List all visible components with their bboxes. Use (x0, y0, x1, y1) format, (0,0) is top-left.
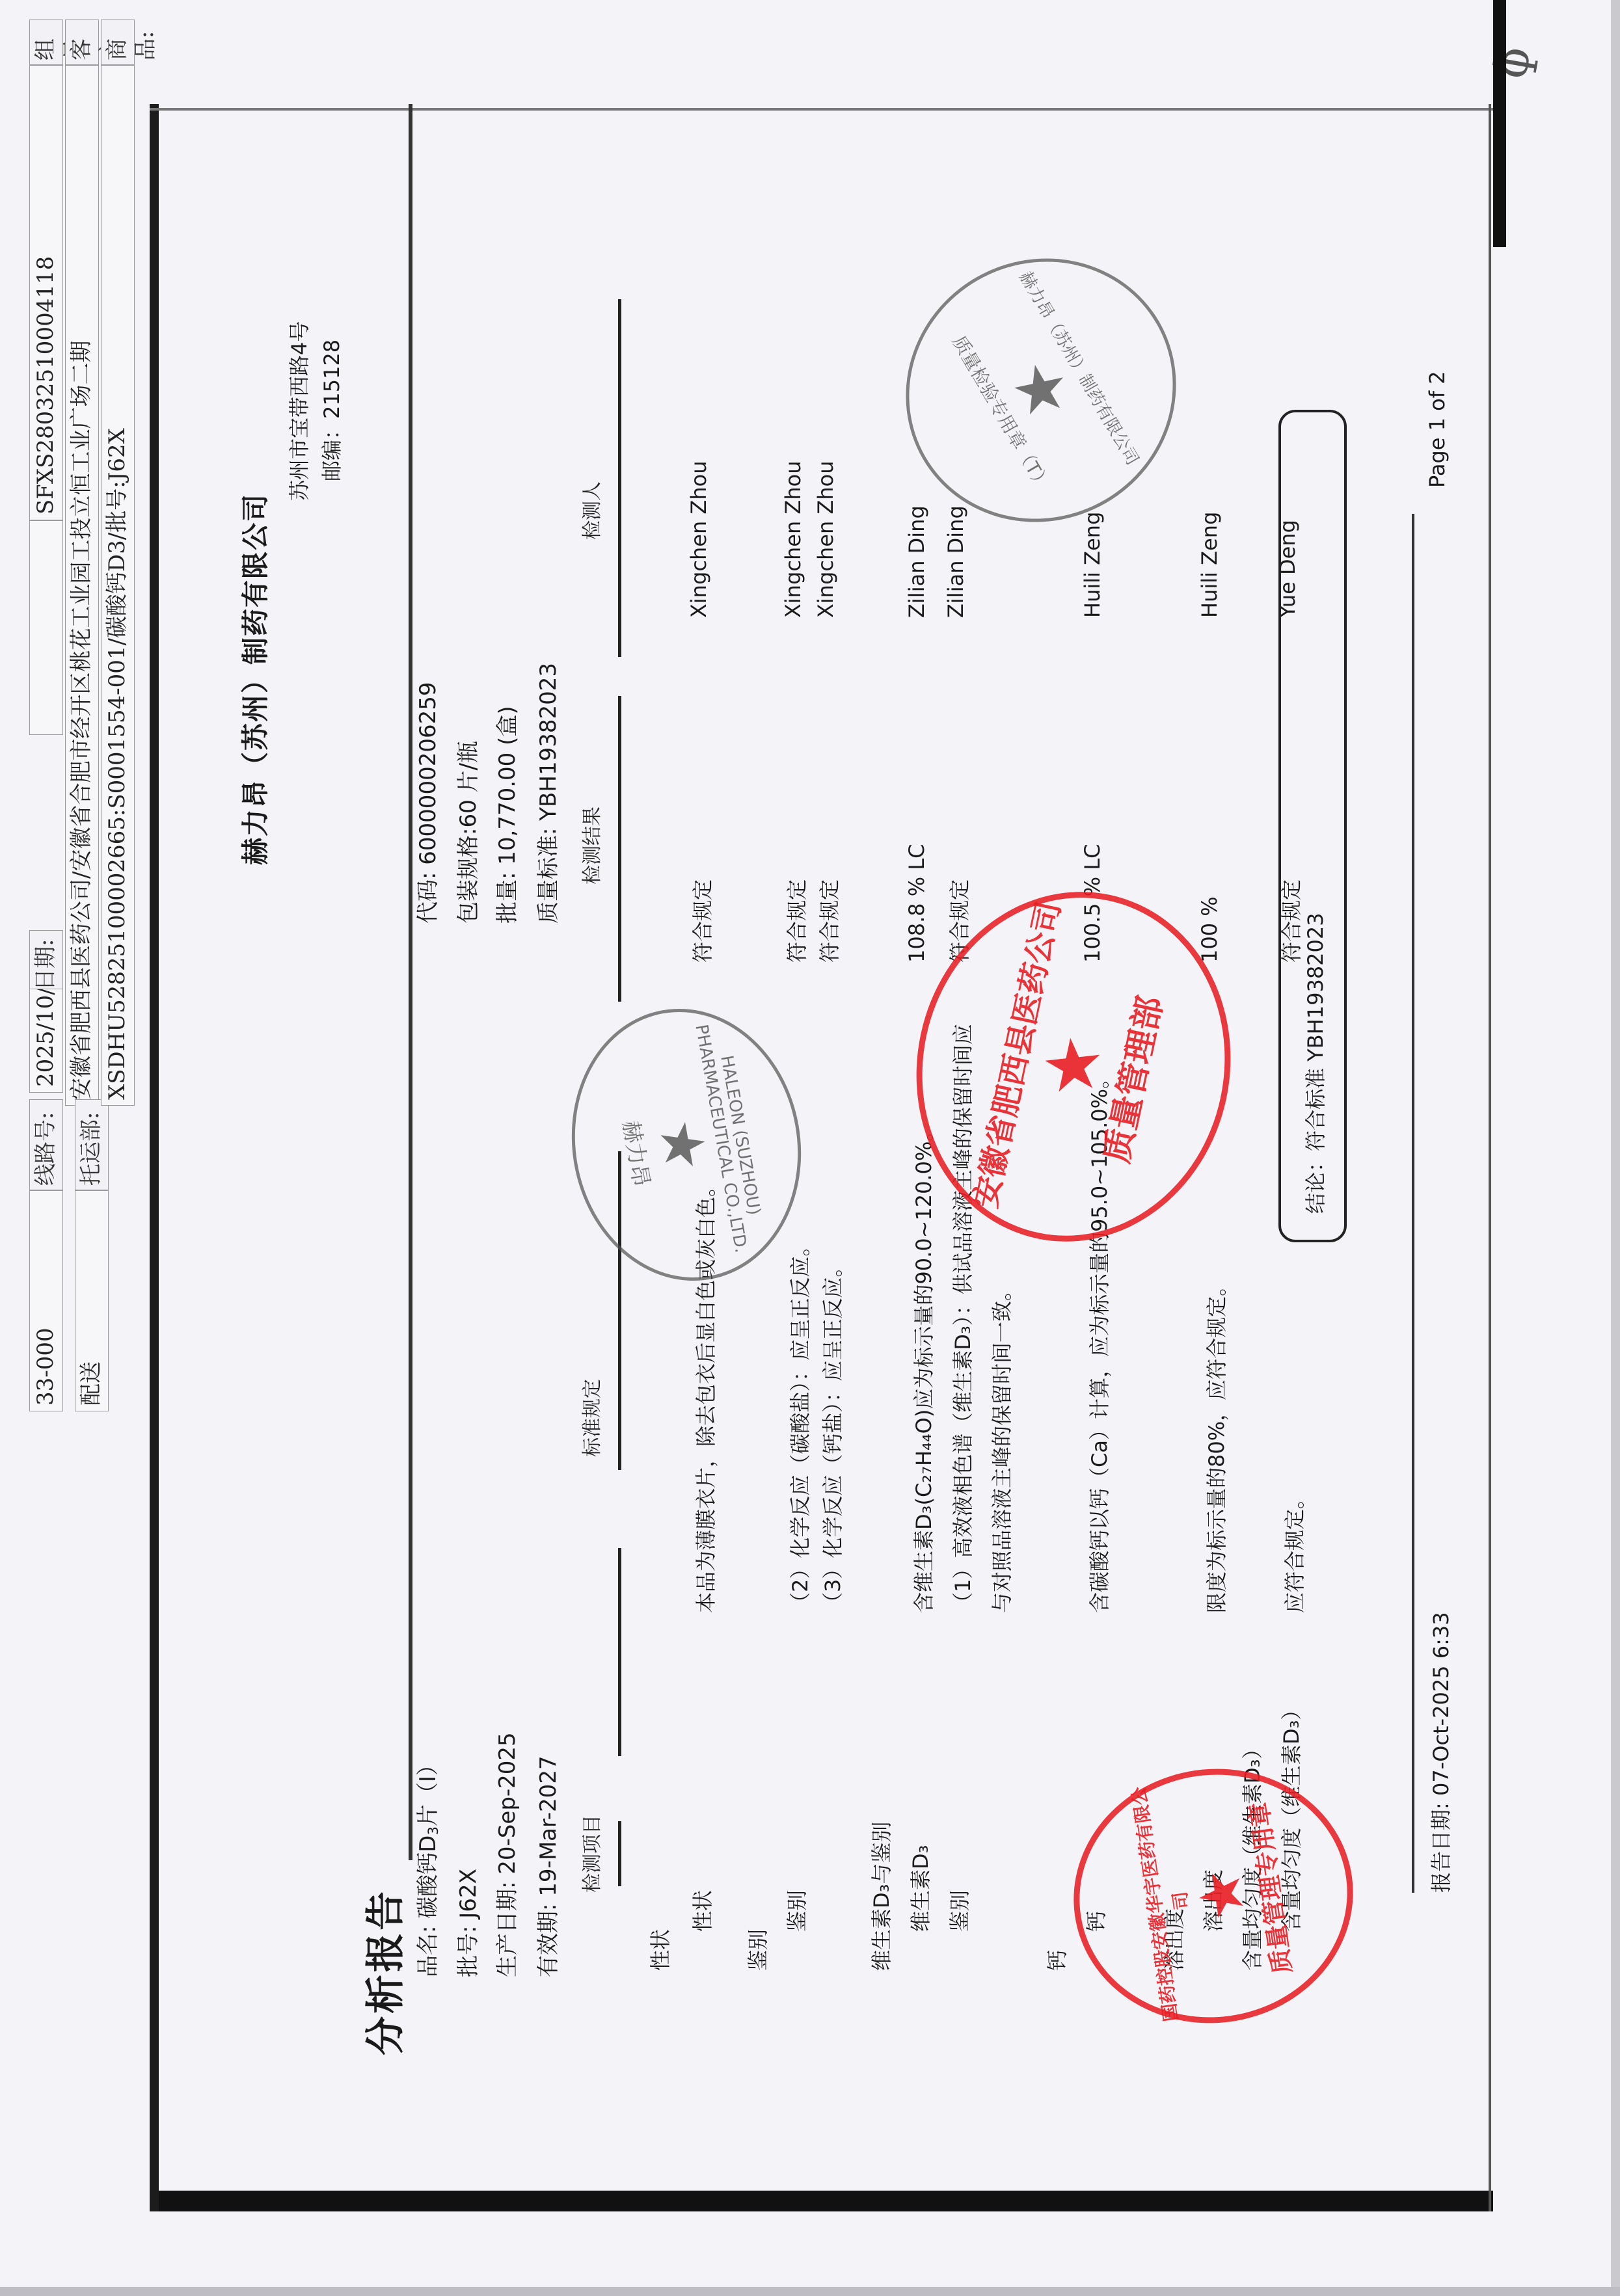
row-tester: Xingchen Zhou (686, 461, 711, 618)
date-value: 2025/10/29 (29, 989, 63, 1093)
row-result: 符合规定 (781, 879, 811, 963)
frame-border (150, 2191, 1493, 2211)
group-value: SFXS28032510004118 (29, 65, 63, 520)
product-name: 品名: 碳酸钙D3片（I） (410, 1754, 442, 1977)
row-item: 鉴别 (943, 1890, 973, 1932)
row-item: 维生素D₃与鉴别 (865, 1822, 895, 1971)
company-name: 赫力昂（苏州）制药有限公司 (234, 493, 273, 865)
row-result: 108.8 % LC (904, 844, 929, 963)
row-item: 维生素D₃ (904, 1845, 934, 1932)
batch-number: 批号: J62X (450, 1869, 482, 1977)
route-value: 33-000 (29, 1190, 63, 1411)
report-date: 报告日期: 07-Oct-2025 6:33 (1425, 1612, 1455, 1893)
row-tester: Xingchen Zhou (813, 461, 838, 618)
star-icon: ★ (1030, 1028, 1113, 1105)
col-rule (618, 696, 621, 1002)
frame-border (150, 108, 1493, 111)
group-label: 组号: (29, 20, 63, 65)
col-rule (618, 1821, 621, 1886)
col-header-item: 检测项目 (576, 1815, 604, 1893)
col-header-spec: 标准规定 (576, 1379, 604, 1457)
manufacture-date: 生产日期: 20-Sep-2025 (489, 1732, 521, 1977)
col-rule (618, 299, 621, 657)
col-header-result: 检测结果 (576, 807, 604, 885)
batch-quantity: 批量: 10,770.00 (盒) (489, 706, 521, 924)
customer-label: 客户: (65, 20, 99, 65)
row-result: 100 % (1197, 896, 1222, 963)
conclusion-text: 结论：符合标准 YBH19382023 (1299, 913, 1329, 1214)
col-header-tester: 检测人 (576, 481, 604, 540)
report-title: 分析报告 (355, 1889, 411, 2055)
customer-value: 安徽省肥西县医药公司/安徽省合肥市经开区桃花工业园工投立恒工业广场二期 (65, 65, 99, 1106)
row-tester: Huili Zeng (1197, 512, 1222, 618)
row-item: 鉴别 (781, 1890, 811, 1932)
route-label: 线路号: (29, 1099, 63, 1190)
row-tester: Zilian Ding (943, 505, 968, 618)
header-rule (409, 104, 412, 1860)
star-icon: ★ (1189, 1865, 1254, 1925)
company-address: 苏州市宝带西路4号 (283, 321, 313, 501)
star-icon: ★ (649, 1114, 716, 1176)
row-tester: Zilian Ding (904, 505, 929, 618)
date-label: 日期: (29, 930, 63, 995)
company-postcode: 邮编：215128 (316, 340, 345, 481)
shipping-value: 配送 (75, 1190, 109, 1411)
package-spec: 包装规格:60 片/瓶 (450, 741, 482, 924)
goods-value: XSDHU52825100002665:S0001554-001/碳酸钙D3/批… (101, 65, 135, 1106)
row-item: 性状 (644, 1929, 674, 1971)
row-tester: Xingchen Zhou (781, 461, 805, 618)
row-spec: （3）化学反应（钙盐）：应呈正反应。 (813, 1015, 852, 1613)
product-code: 代码: 6000000206259 (410, 682, 442, 924)
group-extra (29, 520, 63, 735)
goods-label: 商品: (101, 20, 135, 65)
huayu-quality-stamp: 国药控股安徽华宇医药有限公司 ★ 质量管理专用章 (1057, 1751, 1370, 2041)
footer-rule (1412, 514, 1414, 1893)
row-result: 符合规定 (686, 879, 716, 963)
rotated-report-sheet: 组号: SFXS28032510004118 日期: 2025/10/29 线路… (0, 0, 1620, 2296)
row-item: 性状 (686, 1890, 716, 1932)
quality-standard: 质量标准: YBH19382023 (530, 663, 562, 924)
expiry-date: 有效期: 19-Mar-2027 (530, 1755, 562, 1977)
row-result: 符合规定 (813, 879, 843, 963)
frame-border (1489, 104, 1491, 2211)
col-rule (618, 1548, 621, 1756)
frame-border (150, 104, 159, 2211)
conclusion-box: 结论：符合标准 YBH19382023 (1278, 410, 1347, 1242)
page-indicator: Page 1 of 2 (1425, 371, 1450, 488)
scan-shadow (1493, 0, 1506, 247)
shipping-label: 托运部: (75, 1099, 109, 1190)
row-item: 钙 (1041, 1950, 1071, 1971)
row-item: 鉴别 (742, 1929, 772, 1971)
row-tester: Huili Zeng (1080, 512, 1105, 618)
